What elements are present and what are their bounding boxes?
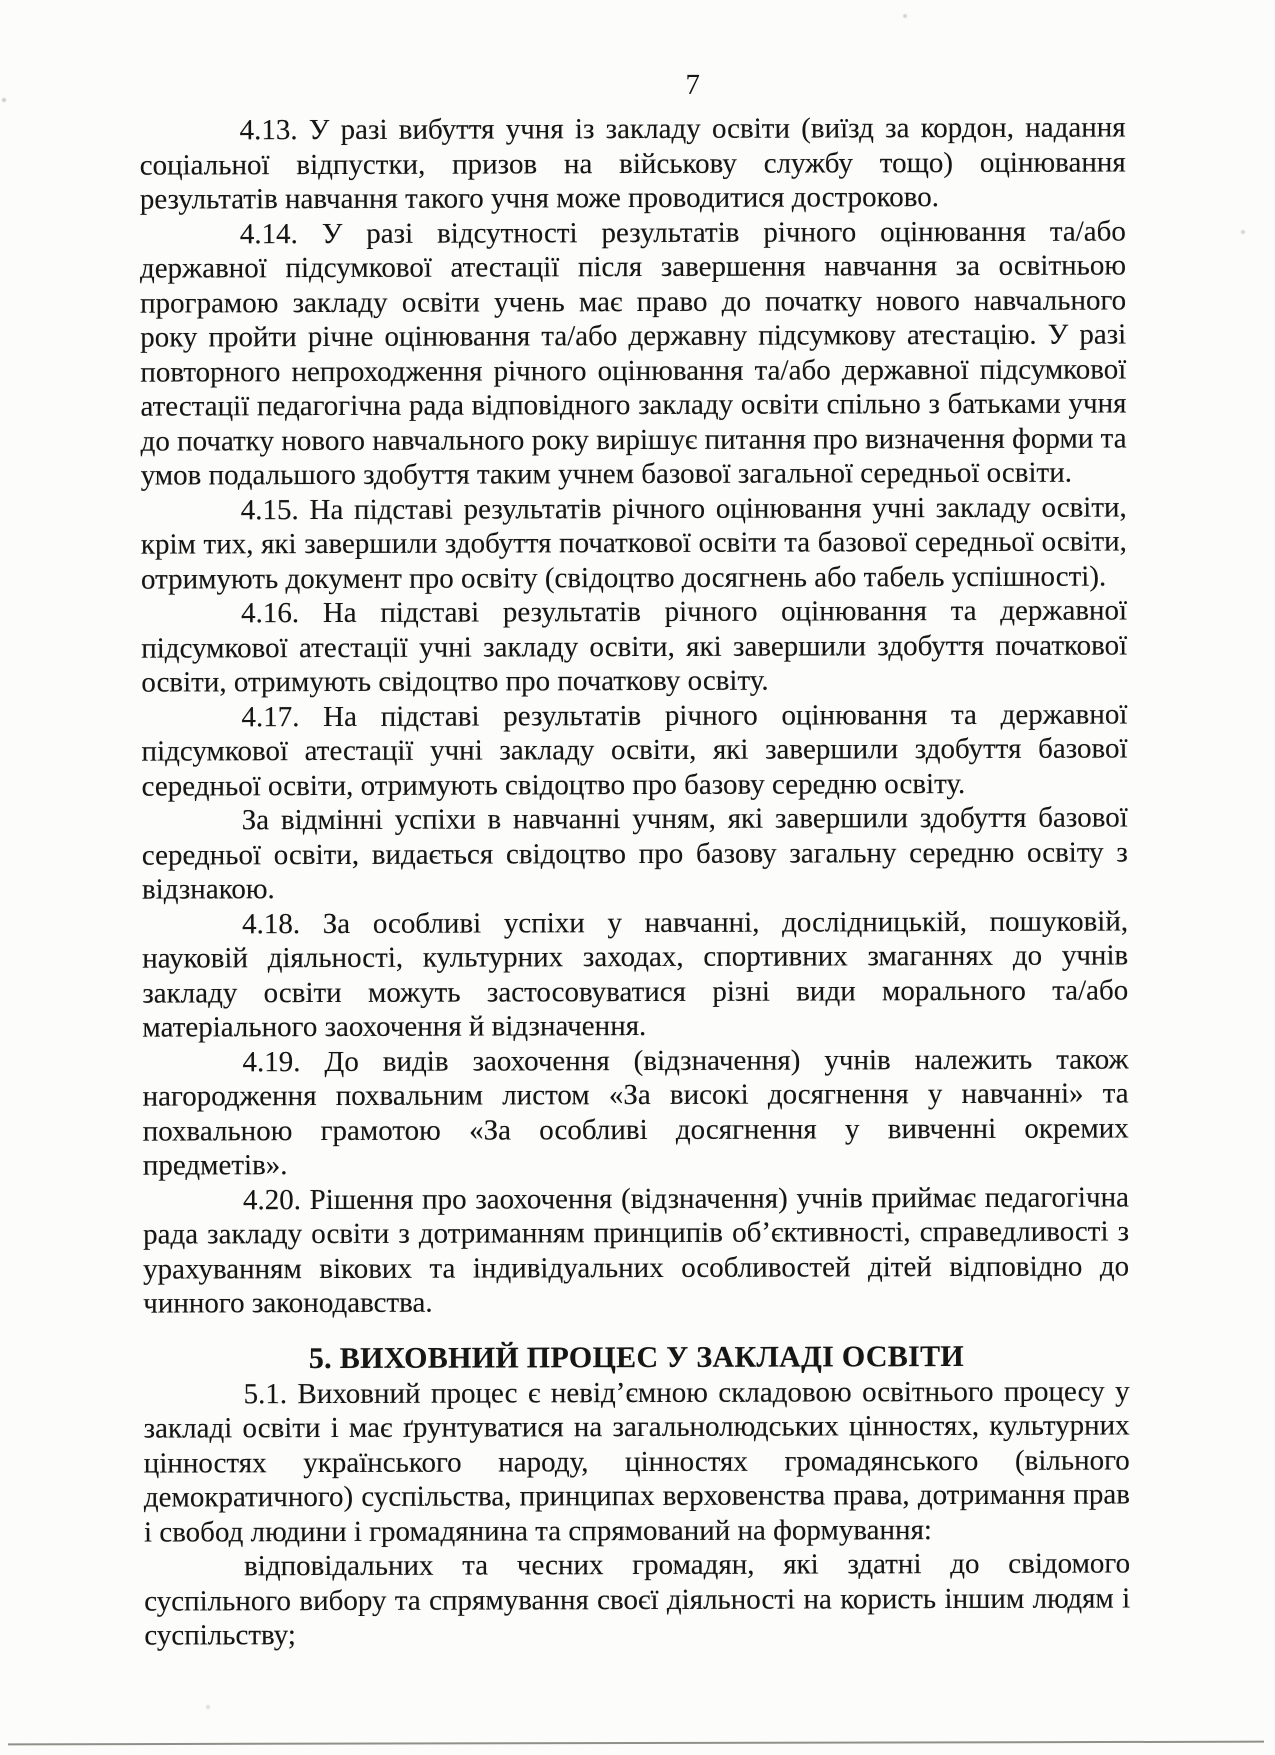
clause-4-17: 4.17. На підставі результатів річного оц…	[141, 697, 1127, 804]
clause-4-20: 4.20. Рішення про заохочення (відзначенн…	[143, 1180, 1129, 1321]
scan-skew-wrapper: 7 4.13. У разі вибуття учня із закладу о…	[0, 0, 1275, 1755]
page-number: 7	[685, 68, 700, 102]
clause-5-1: 5.1. Виховний процес є невід’ємною склад…	[143, 1374, 1130, 1550]
clause-4-16: 4.16. На підставі результатів річного оц…	[141, 593, 1127, 700]
document-body: 4.13. У разі вибуття учня із закладу осв…	[140, 110, 1131, 1653]
clause-4-18: 4.18. За особливі успіхи у навчанні, дос…	[142, 904, 1128, 1045]
clause-5-1-item-1: відповідальних та чесних громадян, які з…	[144, 1546, 1130, 1653]
clause-4-14: 4.14. У разі відсутності результатів річ…	[140, 214, 1127, 493]
clause-4-15: 4.15. На підставі результатів річного оц…	[141, 490, 1127, 597]
clause-4-19: 4.19. До видів заохочення (відзначення) …	[142, 1042, 1128, 1183]
clause-4-17-distinction: За відмінні успіхи в навчанні учням, які…	[142, 800, 1128, 907]
section-5-heading: 5. ВИХОВНИЙ ПРОЦЕС У ЗАКЛАДІ ОСВІТИ	[143, 1338, 1129, 1377]
clause-4-13: 4.13. У разі вибуття учня із закладу осв…	[140, 110, 1126, 217]
scanned-document-page: 7 4.13. У разі вибуття учня із закладу о…	[0, 0, 1275, 1755]
